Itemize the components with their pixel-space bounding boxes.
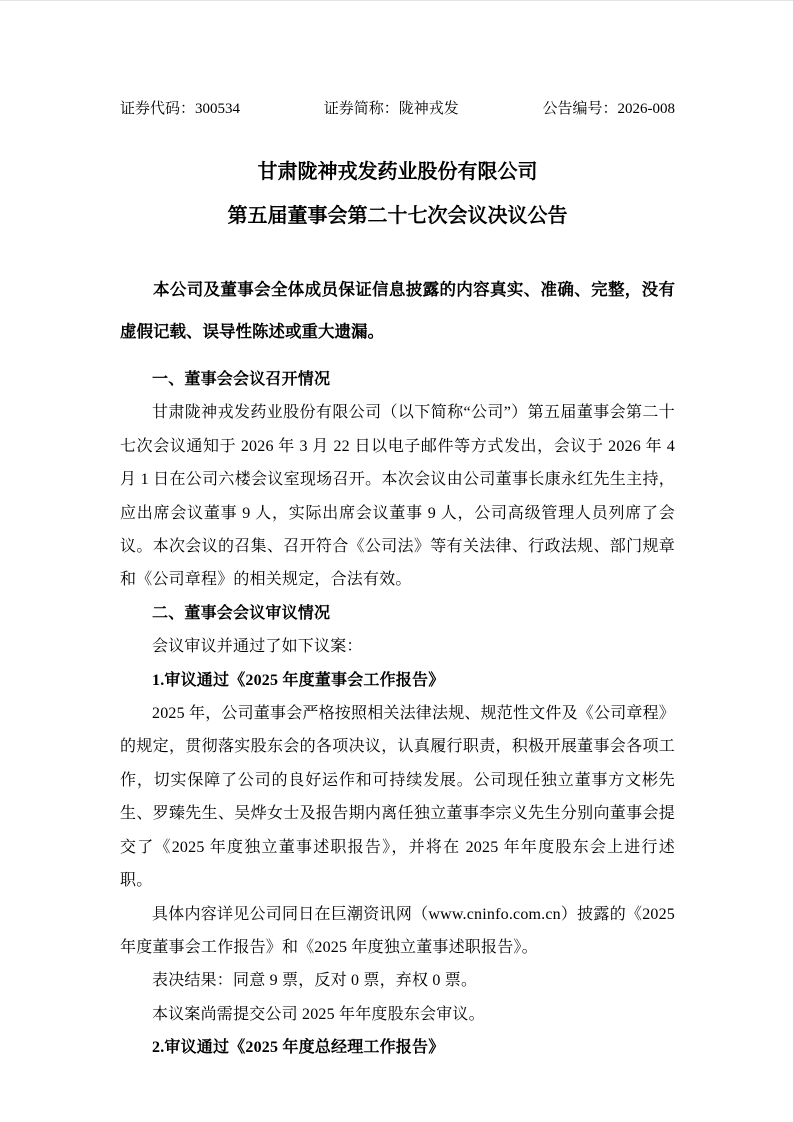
disclaimer-paragraph: 本公司及董事会全体成员保证信息披露的内容真实、准确、完整，没有虚假记载、误导性陈… — [120, 269, 675, 353]
item-heading-1: 1.审议通过《2025 年度董事会工作报告》 — [120, 664, 675, 697]
item-heading-2: 2.审议通过《2025 年度总经理工作报告》 — [120, 1031, 675, 1064]
announcement-number: 公告编号：2026-008 — [543, 99, 676, 119]
body-paragraph: 甘肃陇神戎发药业股份有限公司（以下简称“公司”）第五届董事会第二十七次会议通知于… — [120, 396, 675, 596]
document-header: 证券代码：300534 证券简称：陇神戎发 公告编号：2026-008 — [120, 99, 675, 119]
body-paragraph: 2025 年，公司董事会严格按照相关法律法规、规范性文件及《公司章程》的规定，贯… — [120, 697, 675, 897]
announcement-title: 第五届董事会第二十七次会议决议公告 — [120, 203, 675, 229]
body-paragraph: 本议案尚需提交公司 2025 年年度股东会审议。 — [120, 998, 675, 1031]
company-title: 甘肃陇神戎发药业股份有限公司 — [120, 159, 675, 185]
section-heading-2: 二、董事会会议审议情况 — [120, 597, 675, 630]
body-paragraph: 具体内容详见公司同日在巨潮资讯网（www.cninfo.com.cn）披露的《2… — [120, 898, 675, 965]
section-heading-1: 一、董事会会议召开情况 — [120, 363, 675, 396]
stock-name: 证券简称：陇神戎发 — [324, 99, 459, 119]
vote-result: 表决结果：同意 9 票，反对 0 票，弃权 0 票。 — [120, 964, 675, 997]
document-page: 证券代码：300534 证券简称：陇神戎发 公告编号：2026-008 甘肃陇神… — [0, 0, 793, 1122]
document-body: 一、董事会会议召开情况 甘肃陇神戎发药业股份有限公司（以下简称“公司”）第五届董… — [120, 363, 675, 1065]
body-paragraph: 会议审议并通过了如下议案： — [120, 630, 675, 663]
stock-code: 证券代码：300534 — [120, 99, 240, 119]
